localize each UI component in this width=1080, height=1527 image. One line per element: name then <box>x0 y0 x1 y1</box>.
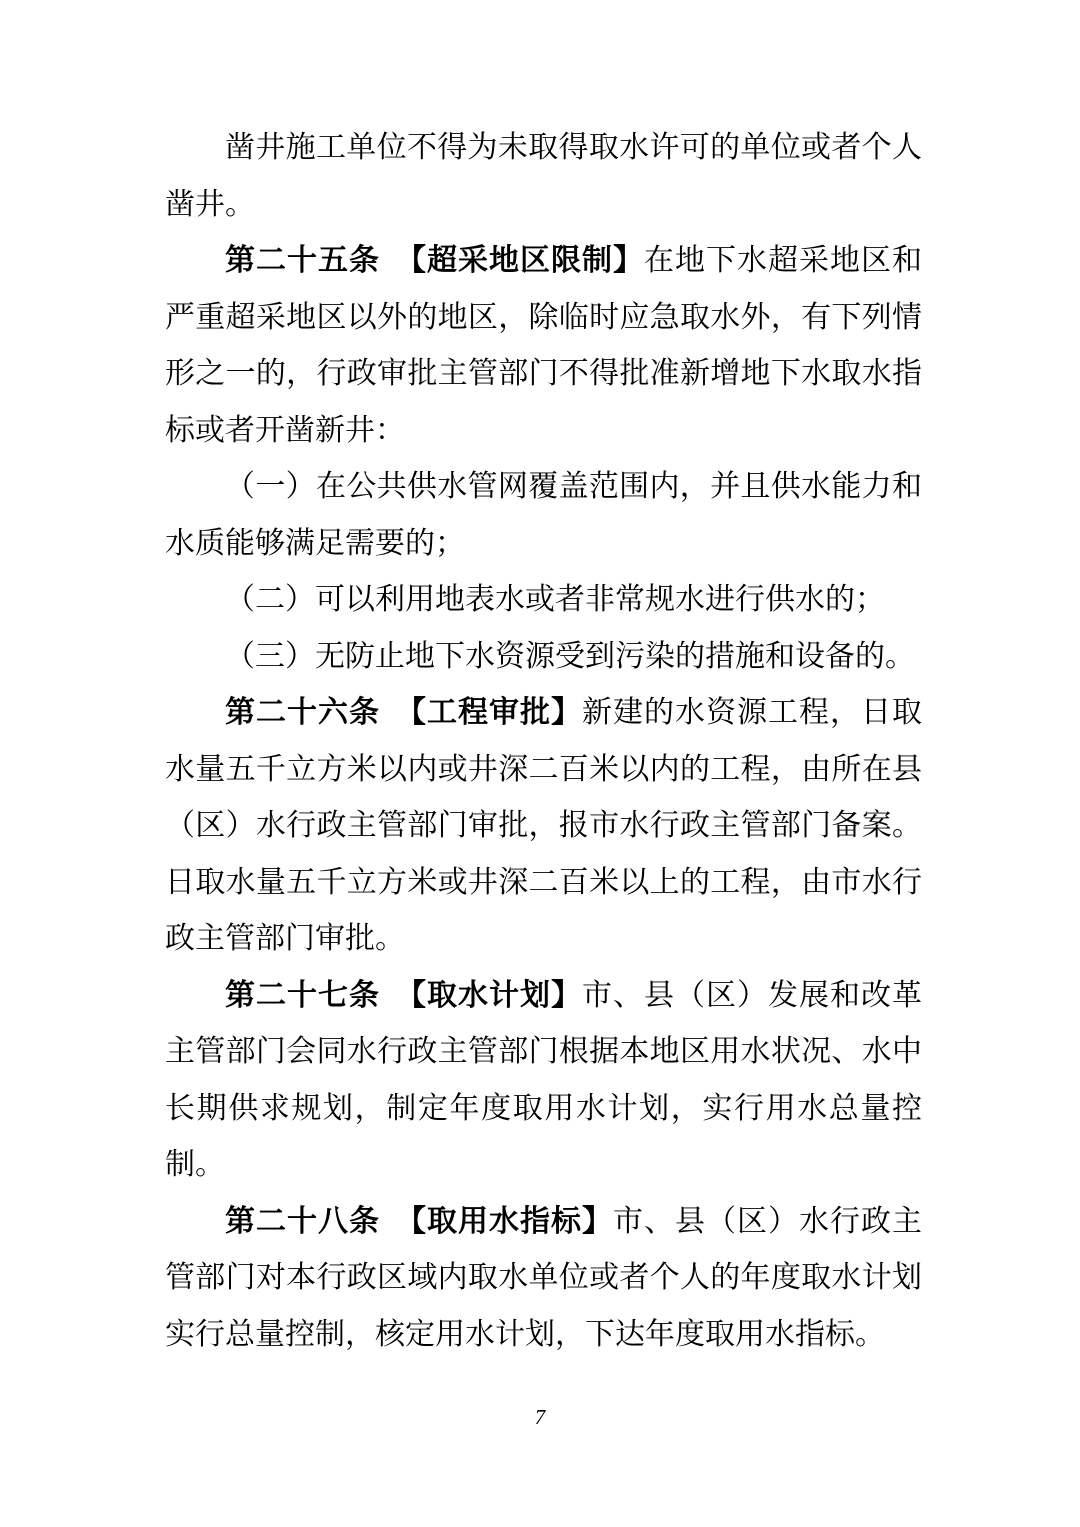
paragraph-article-26: 第二十六条 【工程审批】新建的水资源工程，日取水量五千立方米以内或井深二百米以内… <box>165 685 922 968</box>
paragraph-text: 新建的水资源工程，日取水量五千立方米以内或井深二百米以内的工程，由所在县（区）水… <box>165 695 922 956</box>
list-item-2: （二）可以利用地表水或者非常规水进行供水的； <box>165 572 922 629</box>
paragraph-text: （三）无防止地下水资源受到污染的措施和设备的。 <box>225 639 915 674</box>
list-item-3: （三）无防止地下水资源受到污染的措施和设备的。 <box>165 629 922 686</box>
page-number: 7 <box>0 1405 1080 1430</box>
article-25-heading: 第二十五条 【超采地区限制】 <box>225 243 644 278</box>
article-28-heading: 第二十八条 【取用水指标】 <box>225 1204 613 1239</box>
document-page: 凿井施工单位不得为未取得取水许可的单位或者个人凿井。 第二十五条 【超采地区限制… <box>0 0 1080 1527</box>
paragraph-article-25: 第二十五条 【超采地区限制】在地下水超采地区和严重超采地区以外的地区，除临时应急… <box>165 233 922 459</box>
article-27-heading: 第二十七条 【取水计划】 <box>225 978 582 1013</box>
paragraph-text: （一）在公共供水管网覆盖范围内，并且供水能力和水质能够满足需要的； <box>165 469 922 561</box>
paragraph-text: （二）可以利用地表水或者非常规水进行供水的； <box>225 582 885 617</box>
paragraph-text: 凿井施工单位不得为未取得取水许可的单位或者个人凿井。 <box>165 130 922 222</box>
document-body: 凿井施工单位不得为未取得取水许可的单位或者个人凿井。 第二十五条 【超采地区限制… <box>165 120 922 1363</box>
article-26-heading: 第二十六条 【工程审批】 <box>225 695 582 730</box>
paragraph-drilling-prohibition: 凿井施工单位不得为未取得取水许可的单位或者个人凿井。 <box>165 120 922 233</box>
paragraph-article-27: 第二十七条 【取水计划】市、县（区）发展和改革主管部门会同水行政主管部门根据本地… <box>165 968 922 1194</box>
list-item-1: （一）在公共供水管网覆盖范围内，并且供水能力和水质能够满足需要的； <box>165 459 922 572</box>
paragraph-article-28: 第二十八条 【取用水指标】市、县（区）水行政主管部门对本行政区域内取水单位或者个… <box>165 1194 922 1364</box>
